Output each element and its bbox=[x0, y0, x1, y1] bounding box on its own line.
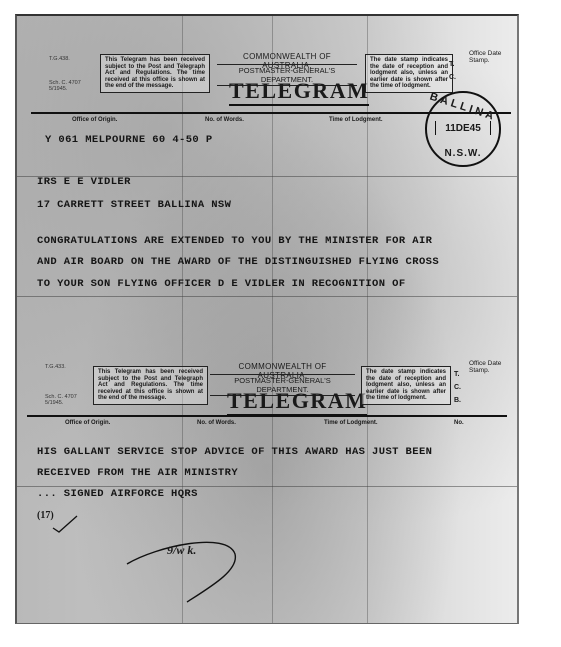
message-line: CONGRATULATIONS ARE EXTENDED TO YOU BY T… bbox=[37, 235, 432, 247]
recipient-address: 17 CARRETT STREET BALLINA NSW bbox=[37, 199, 231, 211]
code-t: T. bbox=[454, 368, 461, 381]
divider bbox=[27, 415, 507, 417]
no-of-words-label: No. of Words. bbox=[197, 420, 236, 426]
fold-crease bbox=[17, 486, 517, 487]
office-of-origin-label: Office of Origin. bbox=[72, 117, 117, 123]
message-line: TO YOUR SON FLYING OFFICER D E VIDLER IN… bbox=[37, 278, 406, 290]
telegram-title: TELEGRAM bbox=[229, 78, 369, 106]
ballina-postmark: BALLINA 11DE45 N.S.W. bbox=[425, 91, 501, 167]
code-t: T. bbox=[449, 58, 456, 71]
code-c: C. bbox=[454, 381, 461, 394]
postmark-state: N.S.W. bbox=[427, 148, 499, 159]
fold-crease bbox=[17, 296, 517, 297]
office-of-origin-label: Office of Origin. bbox=[65, 420, 110, 426]
postmark-bar bbox=[490, 121, 491, 135]
message-line: HIS GALLANT SERVICE STOP ADVICE OF THIS … bbox=[37, 446, 432, 458]
signature: 9/w k. bbox=[167, 543, 196, 558]
telegram-sheet: T.G.438. Sch. C. 4707 5/1945. This Teleg… bbox=[15, 14, 519, 624]
telegram-form-header-bottom: T.G.433. Sch. C. 4707 5/1945. This Teleg… bbox=[17, 358, 517, 448]
date-stamp-notice: The date stamp indicates the date of rec… bbox=[361, 366, 451, 405]
office-date-stamp-label: Office Date Stamp. bbox=[469, 50, 517, 64]
schedule-code: Sch. C. 4707 5/1945. bbox=[45, 394, 85, 406]
telegram-title: TELEGRAM bbox=[227, 388, 367, 416]
form-code: T.G.433. bbox=[45, 364, 66, 370]
message-line: ... SIGNED AIRFORCE HQRS bbox=[37, 488, 198, 500]
time-of-lodgment-label: Time of Lodgment. bbox=[329, 117, 383, 123]
date-stamp-notice: The date stamp indicates the date of rec… bbox=[365, 54, 453, 93]
time-of-lodgment-label: Time of Lodgment. bbox=[324, 420, 378, 426]
checkmark-icon bbox=[51, 514, 81, 534]
office-date-stamp-label: Office Date Stamp. bbox=[469, 360, 517, 374]
receipt-notice: This Telegram has been received subject … bbox=[93, 366, 208, 405]
form-code: T.G.438. bbox=[49, 56, 70, 62]
schedule-code: Sch. C. 4707 5/1945. bbox=[49, 80, 89, 92]
no-of-words-label: No. of Words. bbox=[205, 117, 244, 123]
message-line: AND AIR BOARD ON THE AWARD OF THE DISTIN… bbox=[37, 256, 439, 268]
receipt-notice: This Telegram has been received subject … bbox=[100, 54, 210, 93]
routing-codes: T. C. B. bbox=[454, 368, 461, 407]
code-c: C. bbox=[449, 71, 456, 84]
code-b: B. bbox=[454, 394, 461, 407]
message-header-line: Y 061 MELPOURNE 60 4-50 P bbox=[45, 134, 213, 146]
message-line: RECEIVED FROM THE AIR MINISTRY bbox=[37, 467, 238, 479]
routing-codes: T. C. bbox=[449, 58, 456, 84]
recipient-name: IRS E E VIDLER bbox=[37, 176, 131, 188]
no-label: No. bbox=[454, 420, 464, 426]
postmark-date: 11DE45 bbox=[427, 123, 499, 134]
